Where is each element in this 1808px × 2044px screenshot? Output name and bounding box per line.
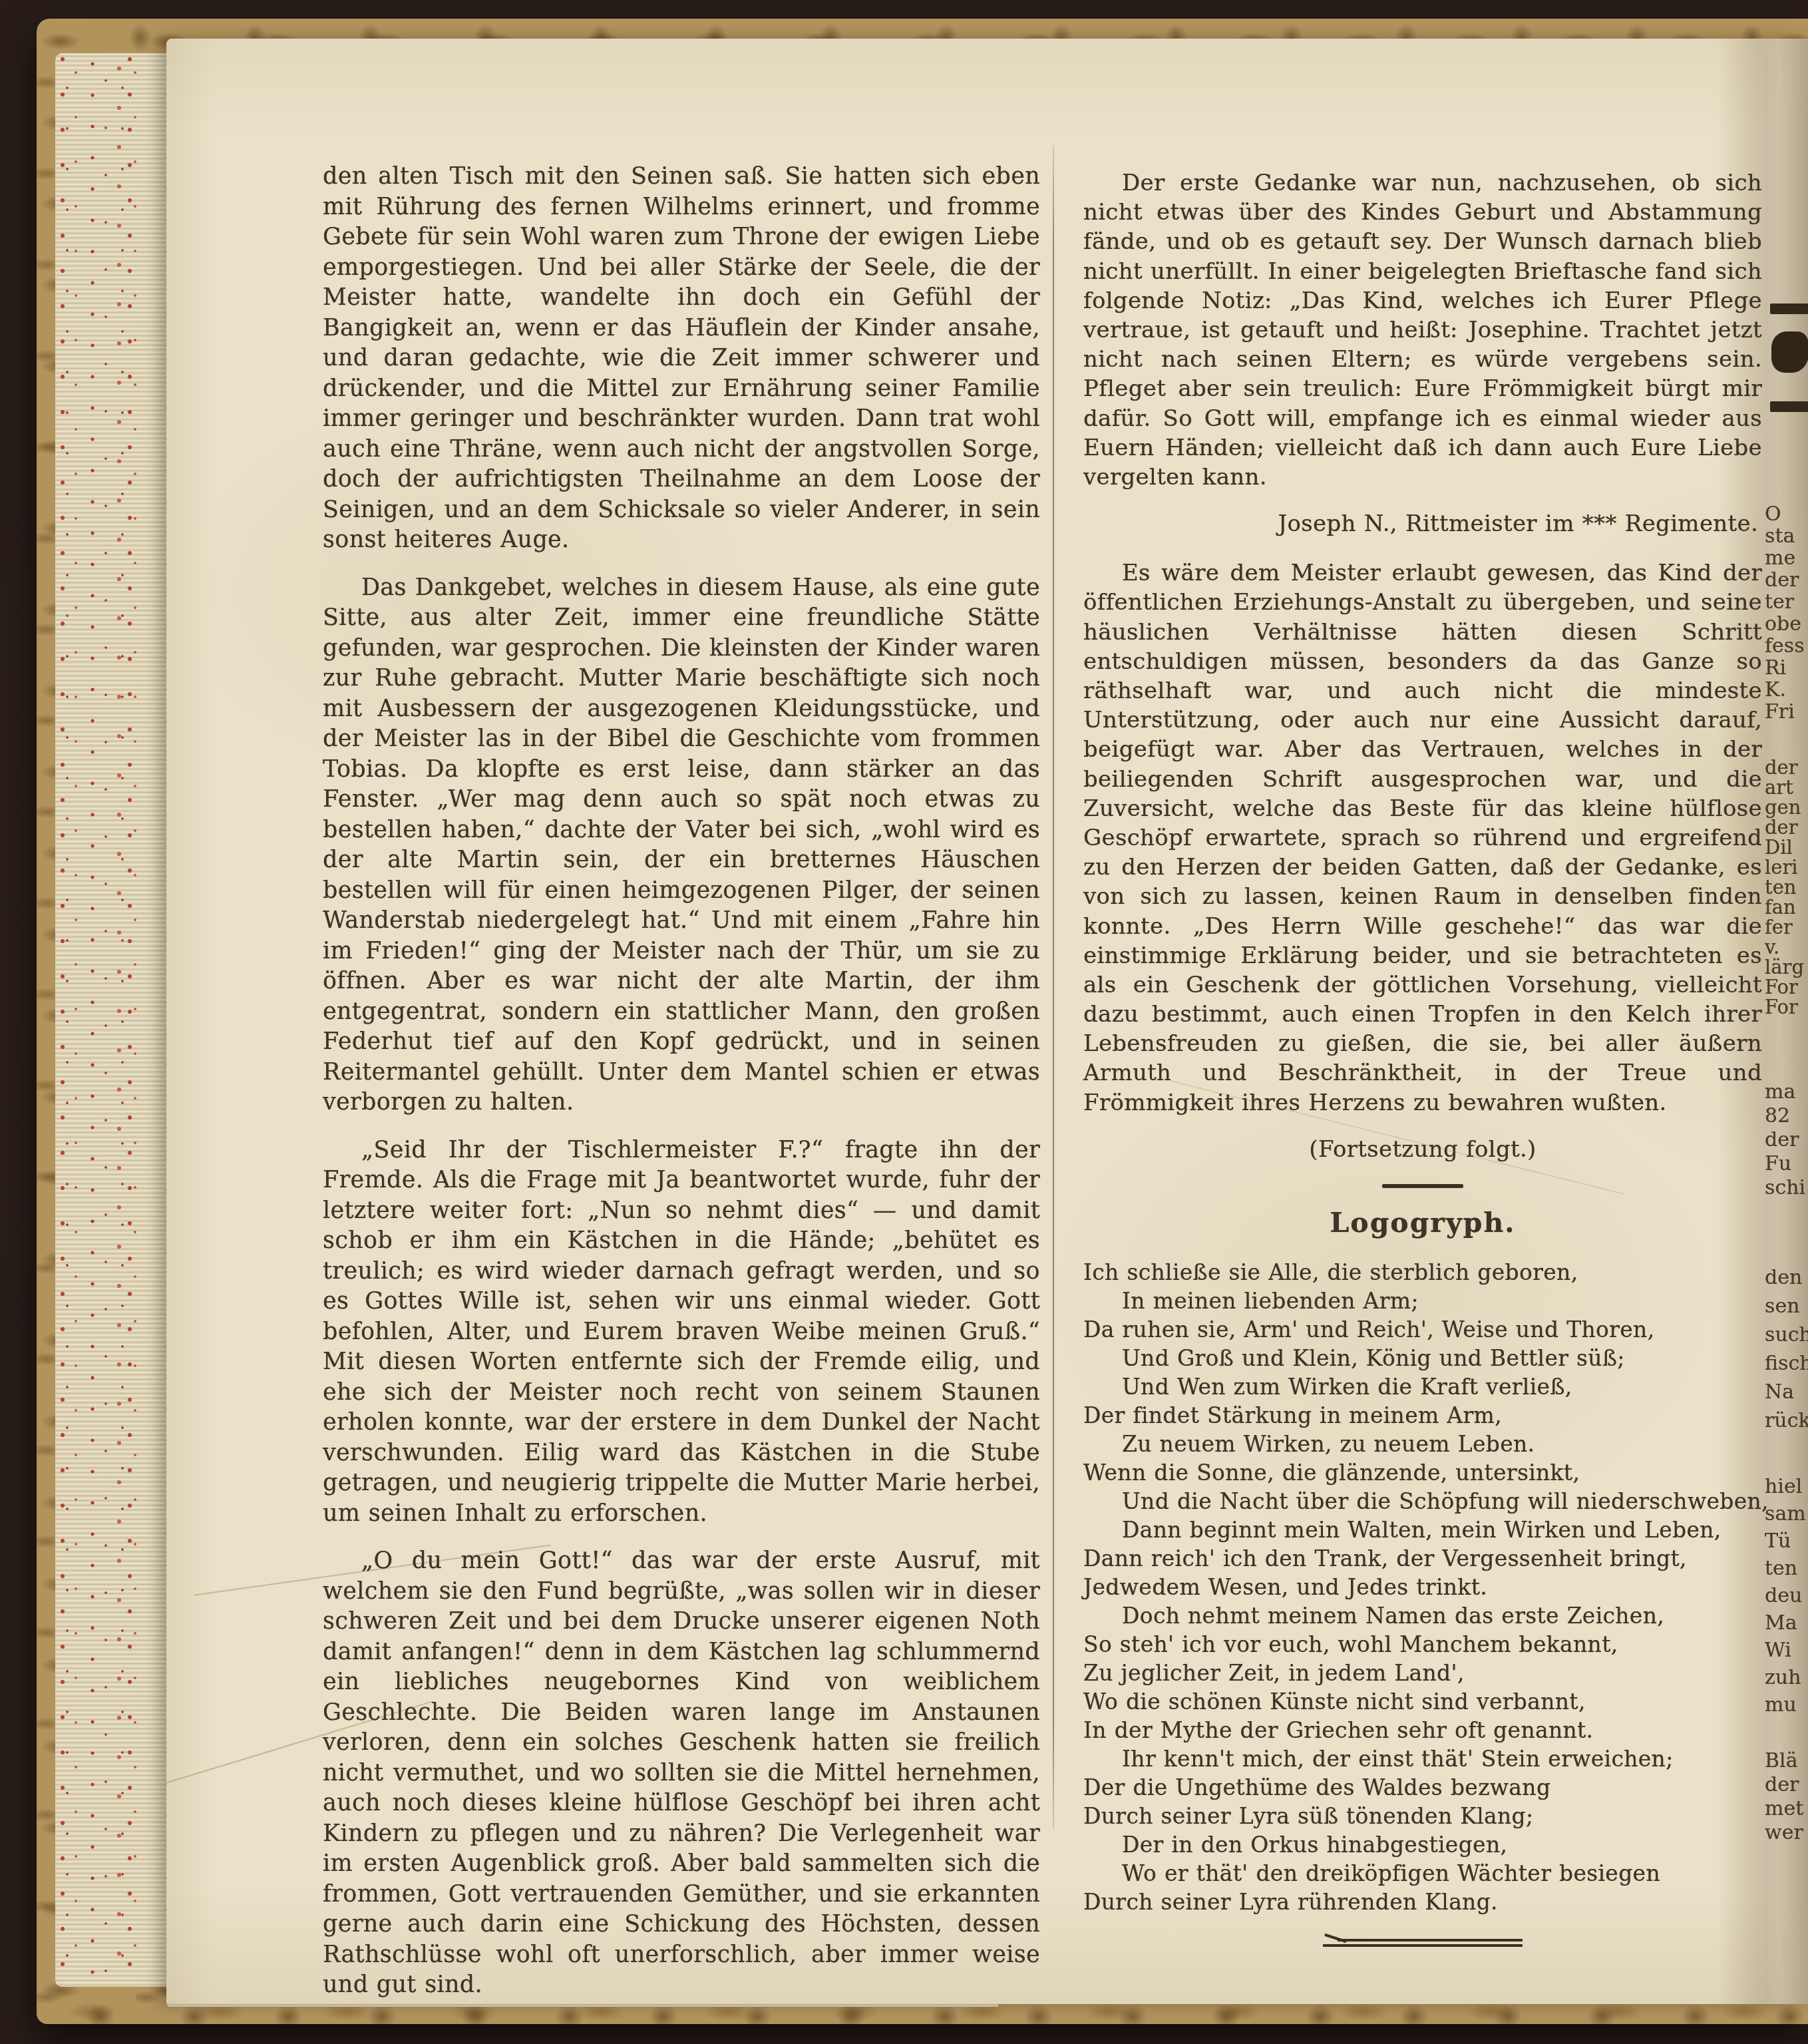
poem-line: Durch seiner Lyra rührenden Klang. [1083,1888,1762,1916]
end-rule-ornament [1323,1939,1523,1948]
poem-line: Wo die schönen Künste nicht sind verbann… [1083,1687,1762,1716]
right-column: Der erste Gedanke war nun, nachzusehen, … [1083,168,1762,1948]
next-page-headline-fragment [1770,304,1808,314]
poem-line: Dann beginnt mein Walten, mein Wirken un… [1083,1516,1762,1544]
column-divider-rule [1053,145,1054,1829]
poem-line: Zu jeglicher Zeit, in jedem Land', [1083,1659,1762,1687]
poem-line: Der findet Stärkung in meinem Arm, [1083,1401,1762,1430]
next-page-initial-fragment [1771,331,1808,373]
ornament-bar [1323,1944,1523,1947]
story-paragraph: den alten Tisch mit den Seinen saß. Sie … [323,162,1040,556]
book-page: den alten Tisch mit den Seinen saß. Sie … [166,39,1808,2004]
fragment-lines: Blä der met wer [1765,1749,1803,1845]
poem-line: Dann reich' ich den Trank, der Vergessen… [1083,1544,1762,1573]
fragment-lines: den sen such fisch Na rück [1765,1263,1808,1435]
poem-line: Der die Ungethüme des Waldes bezwang [1083,1773,1762,1802]
next-page-headline-fragment [1770,401,1808,412]
poem-line: Und Wen zum Wirken die Kraft verließ, [1083,1372,1762,1401]
poem-line: Ich schließe sie Alle, die sterblich geb… [1083,1258,1762,1287]
story-paragraph: „O du mein Gott!“ das war der erste Ausr… [323,1546,1040,2001]
poem-line: Durch seiner Lyra süß tönenden Klang; [1083,1802,1762,1830]
poem-line: In meinen liebenden Arm; [1083,1287,1762,1315]
book: den alten Tisch mit den Seinen saß. Sie … [37,19,1808,2024]
photo-backdrop: den alten Tisch mit den Seinen saß. Sie … [0,0,1808,2044]
story-paragraph: Das Dankgebet, welches in diesem Hause, … [323,573,1040,1118]
poem-line: Wenn die Sonne, die glänzende, untersink… [1083,1458,1762,1487]
poem-line: Doch nehmt meinem Namen das erste Zeiche… [1083,1601,1762,1630]
fragment-lines: O sta me der ter obe fess Ri K. Fri [1765,503,1805,723]
poem-line: Und die Nacht über die Schöpfung will ni… [1083,1487,1762,1516]
fragment-lines: der art gen der Dil leri ten fan fer v. … [1765,757,1804,1017]
ornament-bar [1338,1939,1523,1942]
left-column: den alten Tisch mit den Seinen saß. Sie … [323,162,1040,2004]
poem-line: In der Mythe der Griechen sehr oft genan… [1083,1716,1762,1744]
poem-line: Und Groß und Klein, König und Bettler sü… [1083,1344,1762,1372]
logogryph-poem: Ich schließe sie Alle, die sterblich geb… [1083,1258,1762,1916]
logogryph-title: Logogryph. [1083,1205,1762,1241]
ornament-tick [1324,1934,1347,1943]
poem-line: Wo er thät' den dreiköpfigen Wächter bes… [1083,1859,1762,1888]
story-paragraph: Es wäre dem Meister erlaubt gewesen, das… [1083,558,1762,1118]
section-divider-rule [1382,1184,1463,1188]
poem-line: Da ruhen sie, Arm' und Reich', Weise und… [1083,1315,1762,1344]
poem-line: Der in den Orkus hinabgestiegen, [1083,1830,1762,1859]
signature-line: Joseph N., Rittmeister im *** Regimente. [1083,509,1758,538]
fragment-lines: hiel sam Tü ten deu Ma Wi zuh mu [1765,1473,1806,1719]
story-paragraph: Der erste Gedanke war nun, nachzusehen, … [1083,168,1762,492]
story-paragraph: „Seid Ihr der Tischlermeister F.?“ fragt… [323,1135,1040,1530]
poem-line: So steh' ich vor euch, wohl Manchem beka… [1083,1630,1762,1659]
poem-line: Zu neuem Wirken, zu neuem Leben. [1083,1430,1762,1458]
poem-line: Jedwedem Wesen, und Jedes trinkt. [1083,1573,1762,1601]
poem-line: Ihr kenn't mich, der einst thät' Stein e… [1083,1744,1762,1773]
fragment-lines: ma 82 der Fu schi [1765,1080,1805,1200]
next-page-text-fragments: O sta me der ter obe fess Ri K. Fri der … [1765,39,1808,2004]
continuation-note: (Fortsetzung folgt.) [1083,1135,1762,1164]
